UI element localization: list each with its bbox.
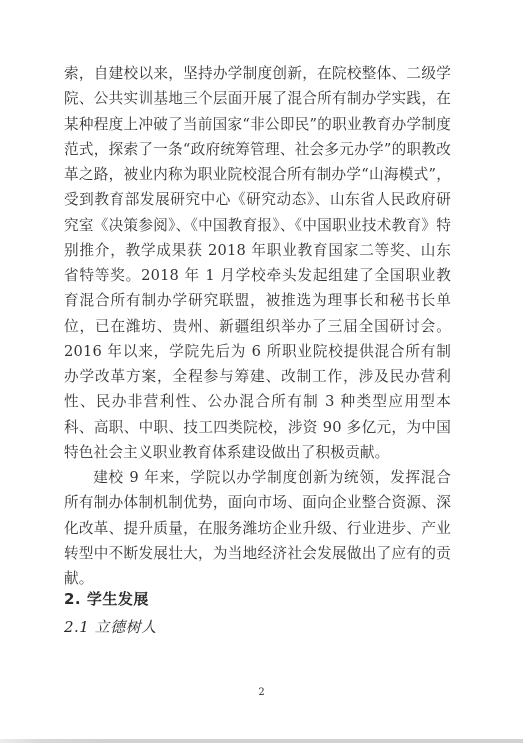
document-page: 索，自建校以来，坚持办学制度创新，在院校整体、二级学院、公共实训基地三个层面开展… [0,0,523,746]
page-number: 2 [0,687,523,698]
page-bottom-shadow [0,739,523,743]
body-paragraph-continuation: 索，自建校以来，坚持办学制度创新，在院校整体、二级学院、公共实训基地三个层面开展… [64,61,451,465]
section-heading: 2. 学生发展 [64,585,451,613]
body-paragraph: 建校 9 年来，学院以办学制度创新为统领，发挥混合所有制办体制机制优势，面向市场… [64,465,451,591]
subsection-heading: 2.1 立德树人 [64,613,451,641]
document-body: 索，自建校以来，坚持办学制度创新，在院校整体、二级学院、公共实训基地三个层面开展… [64,61,451,641]
